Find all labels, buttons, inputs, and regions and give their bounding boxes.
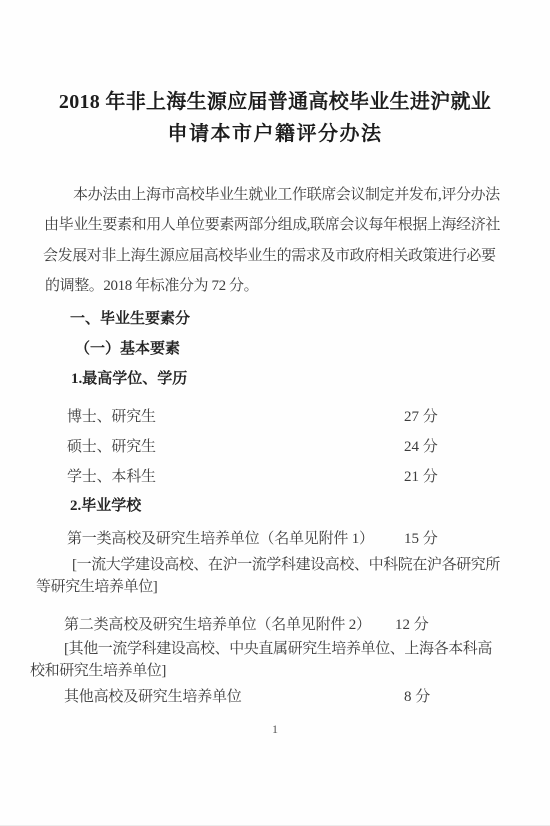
school-score: 8 分 [404,685,430,706]
item2-heading: 2.毕业学校 [70,497,141,516]
degree-score: 24 分 [404,435,438,456]
school-row-tier2: 第二类高校及研究生培养单位（名单见附件 2） 12 分 [0,613,550,635]
degree-label: 硕士、研究生 [67,435,156,456]
school-row-tier1: 第一类高校及研究生培养单位（名单见附件 1） 15 分 [0,527,550,549]
school-label: 第一类高校及研究生培养单位（名单见附件 1） [67,527,374,548]
degree-label: 博士、研究生 [67,405,156,426]
document-page: 2018 年非上海生源应届普通高校毕业生进沪就业 申请本市户籍评分办法 本办法由… [0,0,550,826]
note2-line-2: 校和研究生培养单位] [30,662,166,681]
degree-score: 21 分 [404,465,438,486]
item1-heading: 1.最高学位、学历 [71,370,187,389]
degree-score: 27 分 [404,405,438,426]
school-label: 其他高校及研究生培养单位 [64,685,242,706]
intro-line-2: 由毕业生要素和用人单位要素两部分组成,联席会议每年根据上海经济社 [44,216,500,235]
note2-line-1: [其他一流学科建设高校、中央直属研究生培养单位、上海各本科高 [64,640,492,659]
intro-line-4: 的调整。2018 年标准分为 72 分。 [45,277,258,296]
school-score: 15 分 [404,527,438,548]
degree-label: 学士、本科生 [67,465,156,486]
section1-heading: 一、毕业生要素分 [70,310,190,329]
doc-title-line-1: 2018 年非上海生源应届普通高校毕业生进沪就业 [0,90,550,115]
subsection1-heading: （一）基本要素 [75,340,180,359]
school-label: 第二类高校及研究生培养单位（名单见附件 2） [64,613,371,634]
doc-title-line-2: 申请本市户籍评分办法 [0,122,550,147]
school-score: 12 分 [395,613,429,634]
note1-line-1: [一流大学建设高校、在沪一流学科建设高校、中科院在沪各研究所 [72,556,500,575]
intro-line-3: 会发展对非上海生源应届高校毕业生的需求及市政府相关政策进行必要 [43,247,496,266]
intro-line-1: 本办法由上海市高校毕业生就业工作联席会议制定并发布,评分办法 [73,186,500,205]
degree-row-bachelor: 学士、本科生 21 分 [0,465,550,487]
page-number: 1 [0,722,550,737]
note1-line-2: 等研究生培养单位] [36,578,157,597]
degree-row-doctor: 博士、研究生 27 分 [0,405,550,427]
degree-row-master: 硕士、研究生 24 分 [0,435,550,457]
school-row-other: 其他高校及研究生培养单位 8 分 [0,685,550,707]
